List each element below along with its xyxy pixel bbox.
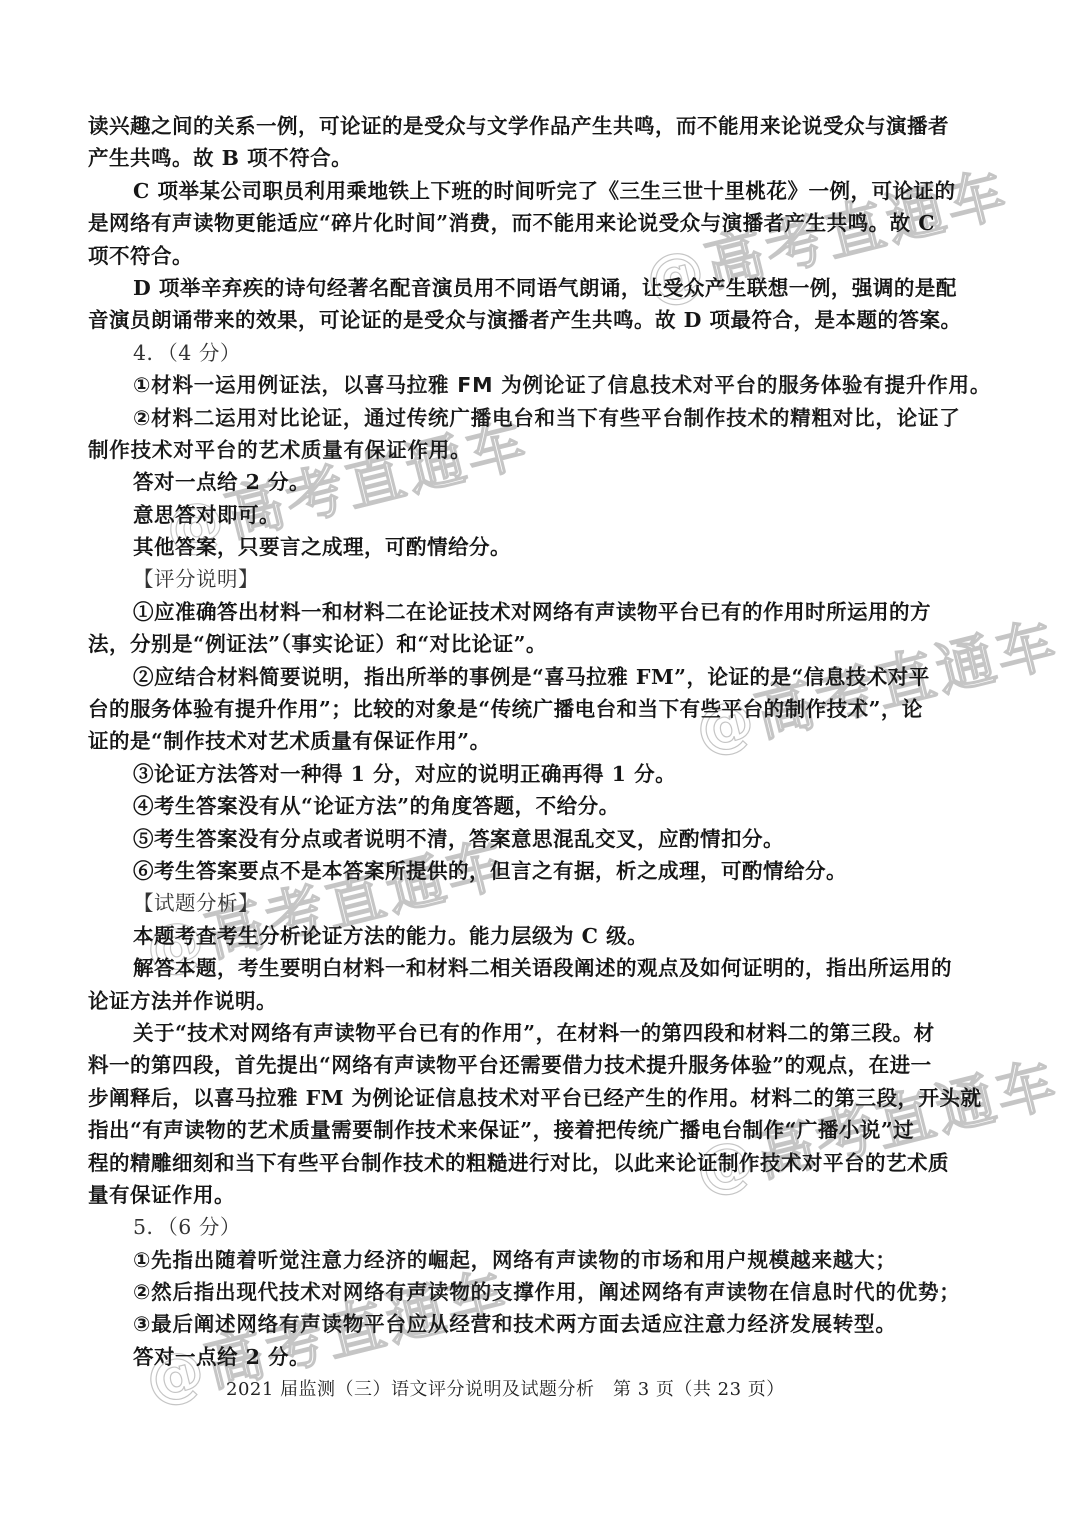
text-line: 其他答案，只要言之成理，可酌情给分。 [88,531,998,563]
text-line: 关于“技术对网络有声读物平台已有的作用”，在材料一的第四段和材料二的第三段。材 [88,1017,998,1049]
section-heading: 【试题分析】 [88,887,998,919]
answer-point-line: ②材料二运用对比论证，通过传统广播电台和当下有些平台制作技术的精粗对比，论证了 [88,402,998,434]
text-line: 是网络有声读物更能适应“碎片化时间”消费，而不能用来论说受众与演播者产生共鸣。故… [88,207,998,239]
text-line: 指出“有声读物的艺术质量需要制作技术来保证”，接着把传统广播电台制作“广播小说”… [88,1114,998,1146]
answer-point-line: 制作技术对平台的艺术质量有保证作用。 [88,434,998,466]
text-line: 量有保证作用。 [88,1179,998,1211]
text-line: 法，分别是“例证法”（事实论证）和“对比论证”。 [88,628,998,660]
text-line: 证的是“制作技术对艺术质量有保证作用”。 [88,725,998,757]
text-line: 答对一点给 2 分。 [88,1341,998,1373]
text-line: ④考生答案没有从“论证方法”的角度答题，不给分。 [88,790,998,822]
answer-point-line: ①材料一运用例证法，以喜马拉雅 FM 为例论证了信息技术对平台的服务体验有提升作… [88,369,998,401]
answer-point-line: ①先指出随着听觉注意力经济的崛起，网络有声读物的市场和用户规模越来越大； [88,1244,998,1276]
text-line: 意思答对即可。 [88,499,998,531]
text-line: 答对一点给 2 分。 [88,466,998,498]
section-heading: 【评分说明】 [88,563,998,595]
text-line: 步阐释后，以喜马拉雅 FM 为例论证信息技术对平台已经产生的作用。材料二的第三段… [88,1082,998,1114]
text-line: 论证方法并作说明。 [88,985,998,1017]
text-line: 产生共鸣。故 B 项不符合。 [88,142,998,174]
text-line: C 项举某公司职员利用乘地铁上下班的时间听完了《三生三世十里桃花》一例，可论证的 [88,175,998,207]
text-line: 解答本题，考生要明白材料一和材料二相关语段阐述的观点及如何证明的，指出所运用的 [88,952,998,984]
text-line: ①应准确答出材料一和材料二在论证技术对网络有声读物平台已有的作用时所运用的方 [88,596,998,628]
text-line: 音演员朗诵带来的效果，可论证的是受众与演播者产生共鸣。故 D 项最符合，是本题的… [88,304,998,336]
section-heading: 4．（4 分） [88,337,998,369]
page-footer: 2021 届监测（三）语文评分说明及试题分析 第 3 页（共 23 页） [226,1378,785,1402]
answer-point-line: ②然后指出现代技术对网络有声读物的支撑作用，阐述网络有声读物在信息时代的优势； [88,1276,998,1308]
text-line: ⑤考生答案没有分点或者说明不清，答案意思混乱交叉，应酌情扣分。 [88,823,998,855]
text-line: 读兴趣之间的关系一例，可论证的是受众与文学作品产生共鸣，而不能用来论说受众与演播… [88,110,998,142]
document-body: 读兴趣之间的关系一例，可论证的是受众与文学作品产生共鸣，而不能用来论说受众与演播… [88,110,998,1373]
answer-point-line: ③最后阐述网络有声读物平台应从经营和技术两方面去适应注意力经济发展转型。 [88,1308,998,1340]
text-line: 料一的第四段，首先提出“网络有声读物平台还需要借力技术提升服务体验”的观点，在进… [88,1049,998,1081]
text-line: ⑥考生答案要点不是本答案所提供的，但言之有据，析之成理，可酌情给分。 [88,855,998,887]
text-line: ②应结合材料简要说明，指出所举的事例是“喜马拉雅 FM”，论证的是“信息技术对平 [88,661,998,693]
text-line: D 项举辛弃疾的诗句经著名配音演员用不同语气朗诵，让受众产生联想一例，强调的是配 [88,272,998,304]
section-heading: 5．（6 分） [88,1211,998,1243]
text-line: 项不符合。 [88,240,998,272]
text-line: ③论证方法答对一种得 1 分，对应的说明正确再得 1 分。 [88,758,998,790]
text-line: 本题考查考生分析论证方法的能力。能力层级为 C 级。 [88,920,998,952]
text-line: 台的服务体验有提升作用”；比较的对象是“传统广播电台和当下有些平台的制作技术”，… [88,693,998,725]
text-line: 程的精雕细刻和当下有些平台制作技术的粗糙进行对比，以此来论证制作技术对平台的艺术… [88,1147,998,1179]
